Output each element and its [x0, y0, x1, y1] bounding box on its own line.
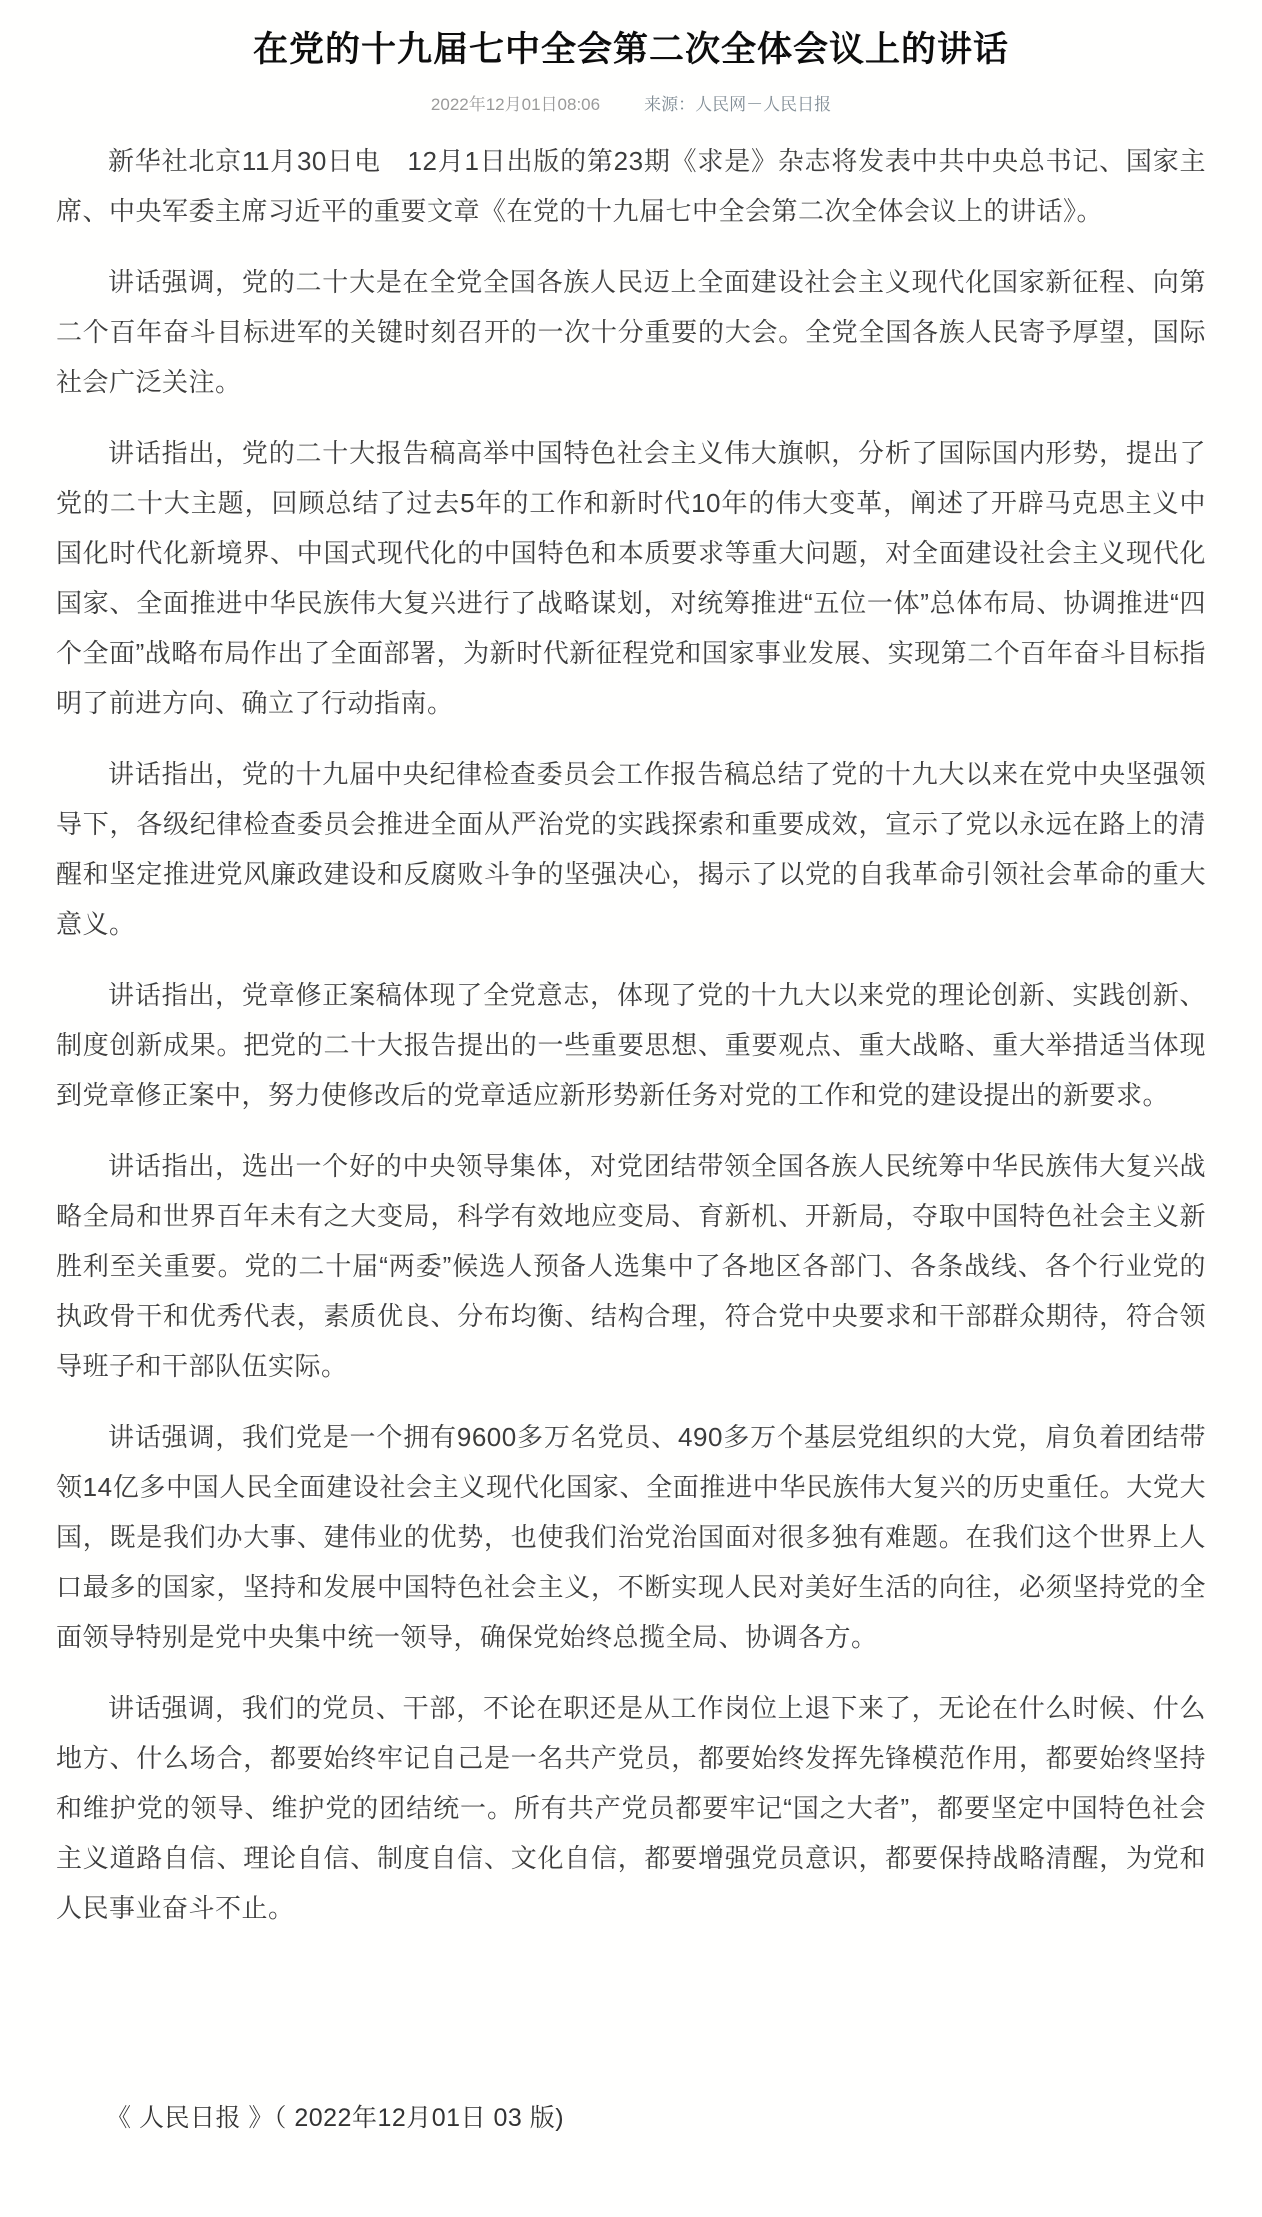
- article-paragraph: 讲话指出，党的二十大报告稿高举中国特色社会主义伟大旗帜，分析了国际国内形势，提出…: [56, 428, 1206, 728]
- article-source: 来源：人民网－人民日报: [644, 94, 831, 116]
- article-body: 新华社北京11月30日电 12月1日出版的第23期《求是》杂志将发表中共中央总书…: [56, 136, 1206, 1933]
- publish-time: 2022年12月01日08:06: [431, 94, 600, 116]
- article-paragraph: 讲话指出，选出一个好的中央领导集体，对党团结带领全国各族人民统筹中华民族伟大复兴…: [56, 1141, 1206, 1391]
- article-paragraph: 新华社北京11月30日电 12月1日出版的第23期《求是》杂志将发表中共中央总书…: [56, 136, 1206, 236]
- paper-citation: 《 人民日报 》（ 2022年12月01日 03 版): [56, 2101, 1206, 2135]
- article-paragraph: 讲话指出，党的十九届中央纪律检查委员会工作报告稿总结了党的十九大以来在党中央坚强…: [56, 749, 1206, 949]
- article-paragraph: 讲话强调，党的二十大是在全党全国各族人民迈上全面建设社会主义现代化国家新征程、向…: [56, 257, 1206, 407]
- article-page: 在党的十九届七中全会第二次全体会议上的讲话 2022年12月01日08:06 来…: [0, 0, 1262, 2217]
- article-meta: 2022年12月01日08:06 来源：人民网－人民日报: [56, 94, 1206, 116]
- article-paragraph: 讲话强调，我们党是一个拥有9600多万名党员、490多万个基层党组织的大党，肩负…: [56, 1412, 1206, 1662]
- article-title: 在党的十九届七中全会第二次全体会议上的讲话: [56, 28, 1206, 72]
- source-label: 来源：: [644, 95, 695, 114]
- article-paragraph: 讲话指出，党章修正案稿体现了全党意志，体现了党的十九大以来党的理论创新、实践创新…: [56, 970, 1206, 1120]
- article-paragraph: 讲话强调，我们的党员、干部，不论在职还是从工作岗位上退下来了，无论在什么时候、什…: [56, 1683, 1206, 1933]
- source-link[interactable]: 人民网－人民日报: [695, 95, 831, 114]
